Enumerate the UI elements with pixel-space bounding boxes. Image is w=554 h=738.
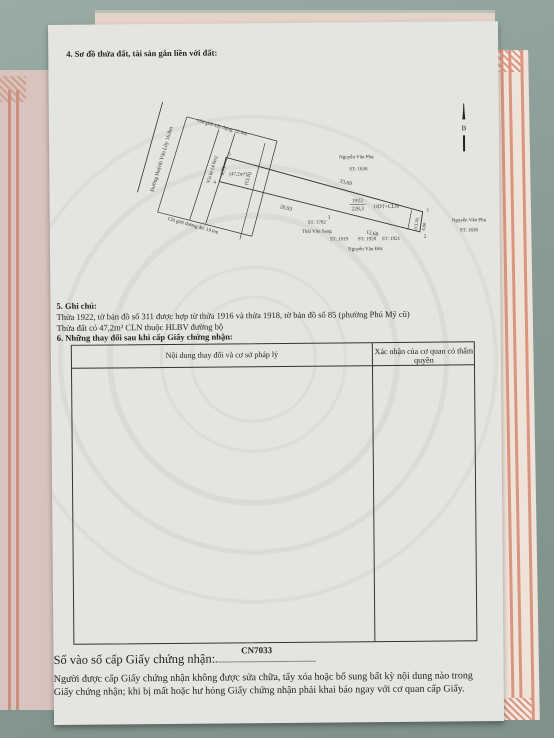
note-line: Thửa 1922, tờ bản đồ số 311 được hợp từ … xyxy=(57,309,410,322)
svg-text:1: 1 xyxy=(427,209,430,214)
svg-text:ST: 1921: ST: 1921 xyxy=(382,237,401,242)
setback-top-label: Chỉ giới xây dựng: 22.0m xyxy=(196,119,247,138)
column-divider xyxy=(372,343,376,641)
land-use: ODT+CLN xyxy=(374,204,399,210)
section-6-title: 6. Những thay đổi sau khi cấp Giấy chứng… xyxy=(57,331,233,343)
svg-text:4: 4 xyxy=(213,181,216,186)
svg-text:ST: 1782: ST: 1782 xyxy=(308,221,327,226)
neighbor-name: Nguyễn Văn Phụ xyxy=(452,217,487,223)
svg-text:ST: 1636: ST: 1636 xyxy=(349,167,368,172)
svg-text:ST: 1636: ST: 1636 xyxy=(460,228,479,233)
column-header-changes: Nội dung thay đổi và cơ sở pháp lý xyxy=(72,349,372,361)
section-4-title: 4. Sơ đồ thửa đất, tài sản gắn liền với … xyxy=(66,48,217,59)
registry-label: Số vào sổ cấp Giấy chứng nhận: xyxy=(53,652,215,667)
svg-text:5: 5 xyxy=(228,152,231,157)
svg-text:33,69: 33,69 xyxy=(339,179,353,188)
parcel-diagram: Đường Huỳnh Văn Lũy 16.0m Chỉ giới xây d… xyxy=(129,89,491,292)
svg-text:6,00: 6,00 xyxy=(421,222,428,231)
parcel-area: 228,3 xyxy=(351,206,364,212)
svg-text:20,93: 20,93 xyxy=(279,204,293,213)
section-5-title: 5. Ghi chú: xyxy=(56,301,96,311)
changes-table: Nội dung thay đổi và cơ sở pháp lý Xác n… xyxy=(71,341,478,645)
neighbor-name: Nguyễn Văn Phụ xyxy=(339,154,374,160)
neighbor-name: Thái Văn Sang xyxy=(302,230,332,235)
column-header-authority: Xác nhận của cơ quan có thẩm quyền xyxy=(372,346,476,365)
parcel-number: 1922 xyxy=(352,198,363,204)
svg-text:ST: 1920: ST: 1920 xyxy=(358,237,377,242)
warning-line: Giấy chứng nhận; khi bị mất hoặc hư hỏng… xyxy=(54,682,473,699)
registry-code: CN7033 xyxy=(241,645,272,655)
svg-text:ST: 1919: ST: 1919 xyxy=(330,237,349,242)
header-divider xyxy=(72,364,474,369)
certificate-page: 4. Sơ đồ thửa đất, tài sản gắn liền với … xyxy=(48,21,504,725)
border-ornament xyxy=(0,76,26,102)
svg-text:6,75: 6,75 xyxy=(220,166,227,176)
border-ornament xyxy=(501,698,531,720)
svg-text:3: 3 xyxy=(328,216,331,221)
border-stripe xyxy=(8,90,11,710)
neighbor-name: Nguyễn Văn Đức xyxy=(348,246,384,252)
hlbv-area: (47,2m²) xyxy=(229,171,247,177)
border-stripe xyxy=(16,90,19,710)
svg-text:2: 2 xyxy=(424,235,427,240)
svg-text:(CLN): (CLN) xyxy=(413,217,420,230)
warning-text: Người được cấp Giấy chứng nhận không đượ… xyxy=(54,669,473,699)
setback-bottom-label: Chỉ giới đường đỏ: 19.0m xyxy=(167,217,219,236)
registry-line: Số vào sổ cấp Giấy chứng nhận:CN7033 xyxy=(53,651,315,668)
